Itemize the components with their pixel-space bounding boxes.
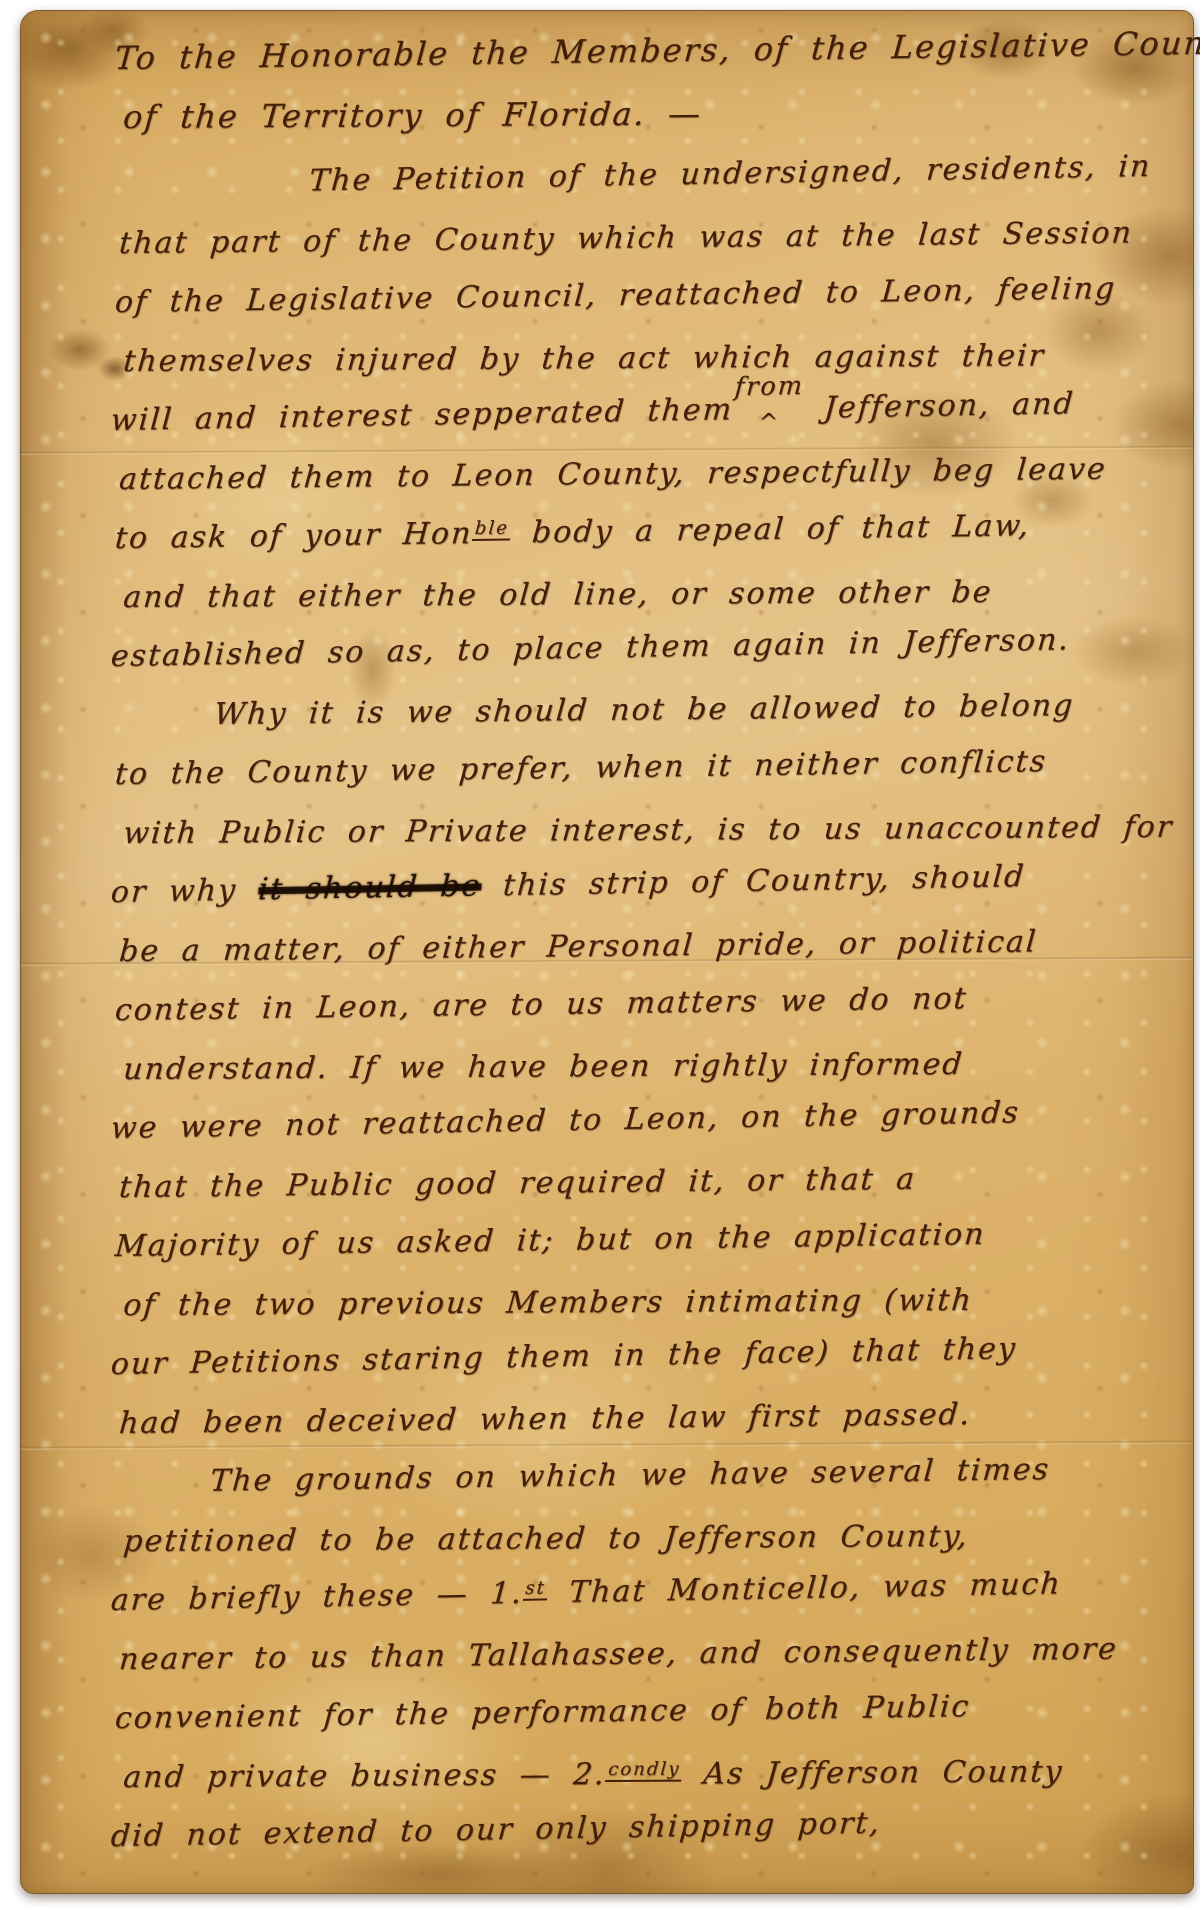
manuscript-line: The Petition of the undersigned, residen… [108,148,1197,226]
manuscript-segment: and private business — 2. [122,1757,607,1795]
manuscript-segment: that the Public good required it, or tha… [118,1162,918,1205]
manuscript-body: To the Honorable the Members, of the Leg… [106,39,1191,1878]
manuscript-segment: themselves injured by the act which agai… [122,338,1046,379]
manuscript-segment-strike: it should be [257,869,482,908]
manuscript-segment: with Public or Private interest, is to u… [122,810,1175,851]
manuscript-segment: are briefly these — 1. [110,1576,525,1618]
manuscript-paper: To the Honorable the Members, of the Leg… [20,10,1194,1894]
manuscript-segment: As Jefferson County [681,1754,1065,1791]
manuscript-segment: The Petition of the undersigned, residen… [308,149,1153,199]
manuscript-segment: and that either the old line, or some ot… [122,575,994,615]
manuscript-segment-sup: condly [605,1759,683,1782]
manuscript-segment: or why [110,872,260,910]
manuscript-segment-sup: st [523,1577,549,1600]
manuscript-line: of the Territory of Florida. — [120,91,1196,157]
manuscript-segment: petitioned to be attached to Jefferson C… [122,1519,970,1559]
manuscript-segment: had been deceived when the law first pas… [118,1397,973,1441]
manuscript-segment: of the Territory of Florida. — [122,94,704,136]
manuscript-segment: Jefferson, and [801,386,1076,426]
manuscript-segment: understand. If we have been rightly info… [122,1047,965,1087]
manuscript-segment: Why it is we should not be allowed to be… [213,688,1076,732]
manuscript-segment-insert: from [734,371,805,402]
manuscript-segment: to ask of your Hon [114,516,474,556]
manuscript-segment: of the two previous Members intimating (… [122,1283,974,1323]
scan-background: { "colors": { "paper_base": "#dfb672", "… [0,0,1200,1928]
manuscript-segment: body a repeal of that Law, [509,508,1031,550]
manuscript-segment-sup: ble [472,517,512,541]
